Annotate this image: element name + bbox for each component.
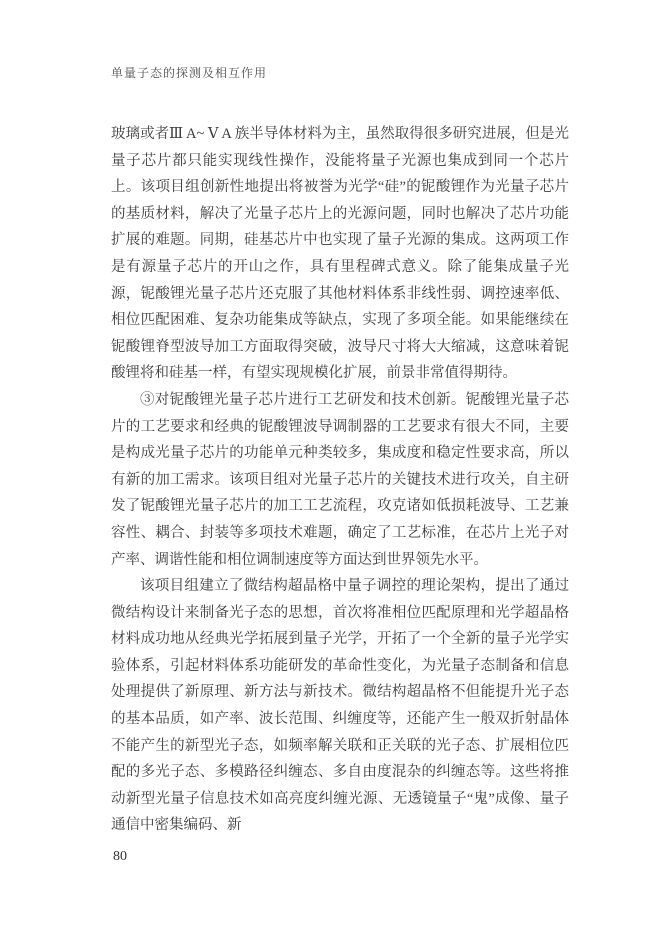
body-paragraph: ③对铌酸锂光量子芯片进行工艺研发和技术创新。铌酸锂光量子芯片的工艺要求和经典的铌… [111, 387, 569, 573]
body-paragraph: 该项目组建立了微结构超晶格中量子调控的理论架构，提出了通过微结构设计来制备光子态… [111, 573, 569, 839]
page-number: 80 [113, 848, 127, 866]
body-paragraph: 玻璃或者Ⅲ A~ Ⅴ A 族半导体材料为主，虽然取得很多研究进展，但是光量子芯片… [111, 121, 569, 387]
body-text: 玻璃或者Ⅲ A~ Ⅴ A 族半导体材料为主，虽然取得很多研究进展，但是光量子芯片… [111, 121, 569, 839]
book-page: 单量子态的探测及相互作用 玻璃或者Ⅲ A~ Ⅴ A 族半导体材料为主，虽然取得很… [0, 0, 666, 930]
running-header: 单量子态的探测及相互作用 [111, 66, 267, 80]
